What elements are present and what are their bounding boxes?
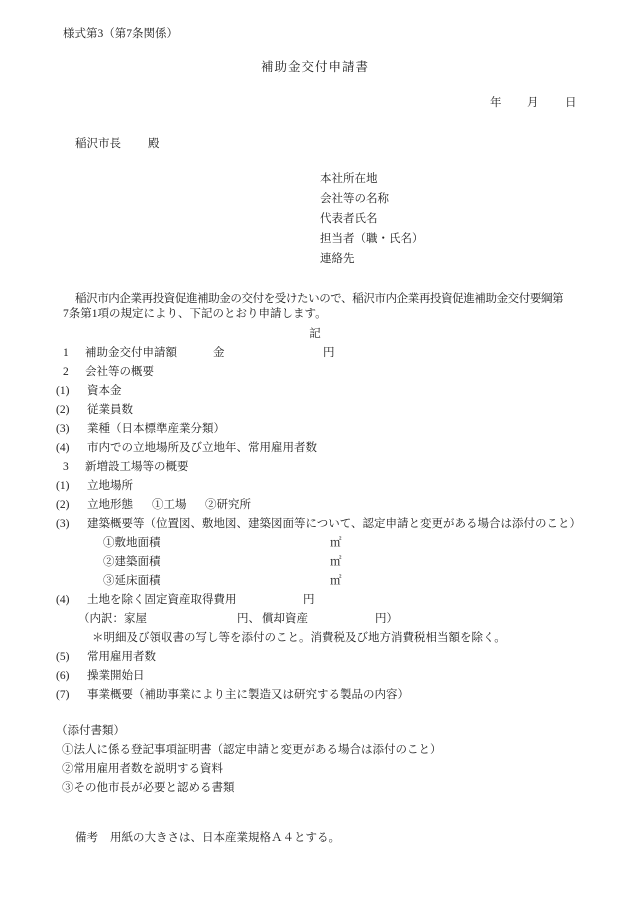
sub-label: 建築概要等（位置図、敷地図、建築図面等について、認定申請と変更がある場合は添付の… [87,516,581,532]
attachment-item-2: ②常用雇用者数を説明する資料 [0,761,630,777]
sub-number: (3) [56,421,69,437]
attachment-item-3: ③その他市長が必要と認める書類 [0,780,630,796]
applicant-field-contact-person: 担当者（職・氏名） [0,231,630,247]
request-paragraph-line2: 7条第1項の規定により、下記のとおり申請します。 [0,306,630,322]
section-2-sub-2: (2) 従業員数 [0,402,630,418]
sub-number: (5) [56,649,69,665]
area-unit: ㎡ [330,573,342,589]
cost-unit: 円 [303,592,315,608]
addressee-line: 稲沢市長 殿 [0,136,630,152]
sub-label: 立地場所 [87,478,133,494]
applicant-field-company-name: 会社等の名称 [0,191,630,207]
amount-unit: 円 [323,345,335,361]
attachment-label: ①法人に係る登記事項証明書（認定申請と変更がある場合は添付のこと） [62,742,442,758]
area-row-floor: ③延床面積 ㎡ [0,573,630,589]
date-year-label: 年 [490,95,502,111]
cost-breakdown-line: （内訳：家屋 円、 償却資産 円） [0,611,630,627]
date-day-label: 日 [565,95,577,111]
section-3-sub-1: (1) 立地場所 [0,478,630,494]
sub-label: 事業概要（補助事業により主に製造又は研究する製品の内容） [87,687,409,703]
breakdown-unit1: 円、 [237,611,260,627]
section-3-sub-7: (7) 事業概要（補助事業により主に製造又は研究する製品の内容） [0,687,630,703]
page-title: 補助金交付申請書 [0,59,630,75]
remarks-text: 用紙の大きさは、日本産業規格Ａ４とする。 [110,830,340,846]
remarks-label: 備考 [75,830,98,846]
area-unit: ㎡ [330,554,342,570]
sub-number: (7) [56,687,69,703]
cost-note: ＊明細及び領収書の写し等を添付のこと。消費税及び地方消費税相当額を除く。 [92,630,506,646]
request-paragraph-line1: 稲沢市内企業再投資促進補助金の交付を受けたいので、稲沢市内企業再投資促進補助金交… [0,291,630,307]
attachment-label: ③その他市長が必要と認める書類 [62,780,235,796]
area-row-building: ②建築面積 ㎡ [0,554,630,570]
request-text: 7条第1項の規定により、下記のとおり申請します。 [63,306,327,322]
sub-label: 操業開始日 [87,668,145,684]
sub-number: (4) [56,592,69,608]
sub-label: 土地を除く固定資産取得費用 [87,592,237,608]
section-1-line: 1 補助金交付申請額 金 円 [0,345,630,361]
section-number: 2 [63,364,69,380]
sub-number: (2) [56,402,69,418]
applicant-field-contact-info: 連絡先 [0,251,630,267]
applicant-field-label: 本社所在地 [320,171,378,187]
breakdown-unit2: 円） [375,611,398,627]
section-label: 補助金交付申請額 [85,345,177,361]
remarks-line: 備考 用紙の大きさは、日本産業規格Ａ４とする。 [0,830,630,846]
addressee-name: 稲沢市長 [75,136,121,152]
site-type-option-factory: ①工場 [152,497,187,513]
attachment-item-1: ①法人に係る登記事項証明書（認定申請と変更がある場合は添付のこと） [0,742,630,758]
section-3-sub-4: (4) 土地を除く固定資産取得費用 円 [0,592,630,608]
applicant-field-label: 代表者氏名 [320,211,378,227]
form-number: 様式第3（第7条関係） [63,26,178,42]
section-3-sub-6: (6) 操業開始日 [0,668,630,684]
breakdown-label2: 償却資産 [262,611,308,627]
subsidy-application-form-page: 様式第3（第7条関係） 補助金交付申請書 年 月 日 稲沢市長 殿 本社所在地 … [0,0,630,903]
section-3-line: 3 新増設工場等の概要 [0,459,630,475]
area-label: ①敷地面積 [103,535,161,551]
site-type-option-laboratory: ②研究所 [205,497,251,513]
section-2-sub-3: (3) 業種（日本標準産業分類） [0,421,630,437]
sub-label: 従業員数 [87,402,133,418]
form-number-line: 様式第3（第7条関係） [0,26,630,42]
sub-number: (3) [56,516,69,532]
addressee-honorific: 殿 [148,136,160,152]
record-marker: 記 [0,326,630,342]
applicant-field-label: 会社等の名称 [320,191,389,207]
applicant-field-label: 連絡先 [320,251,355,267]
section-3-sub-2: (2) 立地形態 ①工場 ②研究所 [0,497,630,513]
sub-number: (6) [56,668,69,684]
section-3-sub-5: (5) 常用雇用者数 [0,649,630,665]
section-label: 会社等の概要 [85,364,154,380]
sub-number: (2) [56,497,69,513]
section-number: 1 [63,345,69,361]
breakdown-prefix: （内訳：家屋 [78,611,147,627]
sub-label: 業種（日本標準産業分類） [87,421,225,437]
amount-prefix: 金 [213,345,225,361]
section-label: 新増設工場等の概要 [85,459,189,475]
sub-label: 資本金 [87,383,122,399]
attachments-header-label: （添付書類） [56,723,125,739]
request-text: 稲沢市内企業再投資促進補助金の交付を受けたいので、稲沢市内企業再投資促進補助金交… [75,291,563,307]
section-3-sub-3: (3) 建築概要等（位置図、敷地図、建築図面等について、認定申請と変更がある場合… [0,516,630,532]
sub-number: (4) [56,440,69,456]
applicant-field-head-office: 本社所在地 [0,171,630,187]
area-label: ②建築面積 [103,554,161,570]
sub-label: 市内での立地場所及び立地年、常用雇用者数 [87,440,317,456]
area-row-site: ①敷地面積 ㎡ [0,535,630,551]
date-month-label: 月 [527,95,539,111]
applicant-field-representative: 代表者氏名 [0,211,630,227]
section-2-line: 2 会社等の概要 [0,364,630,380]
section-2-sub-4: (4) 市内での立地場所及び立地年、常用雇用者数 [0,440,630,456]
cost-note-line: ＊明細及び領収書の写し等を添付のこと。消費税及び地方消費税相当額を除く。 [0,630,630,646]
attachment-label: ②常用雇用者数を説明する資料 [62,761,223,777]
sub-label: 常用雇用者数 [87,649,156,665]
attachments-header: （添付書類） [0,723,630,739]
area-label: ③延床面積 [103,573,161,589]
applicant-field-label: 担当者（職・氏名） [320,231,424,247]
sub-label: 立地形態 [87,497,133,513]
section-number: 3 [63,459,69,475]
sub-number: (1) [56,478,69,494]
area-unit: ㎡ [330,535,342,551]
sub-number: (1) [56,383,69,399]
date-line: 年 月 日 [0,95,630,111]
section-2-sub-1: (1) 資本金 [0,383,630,399]
